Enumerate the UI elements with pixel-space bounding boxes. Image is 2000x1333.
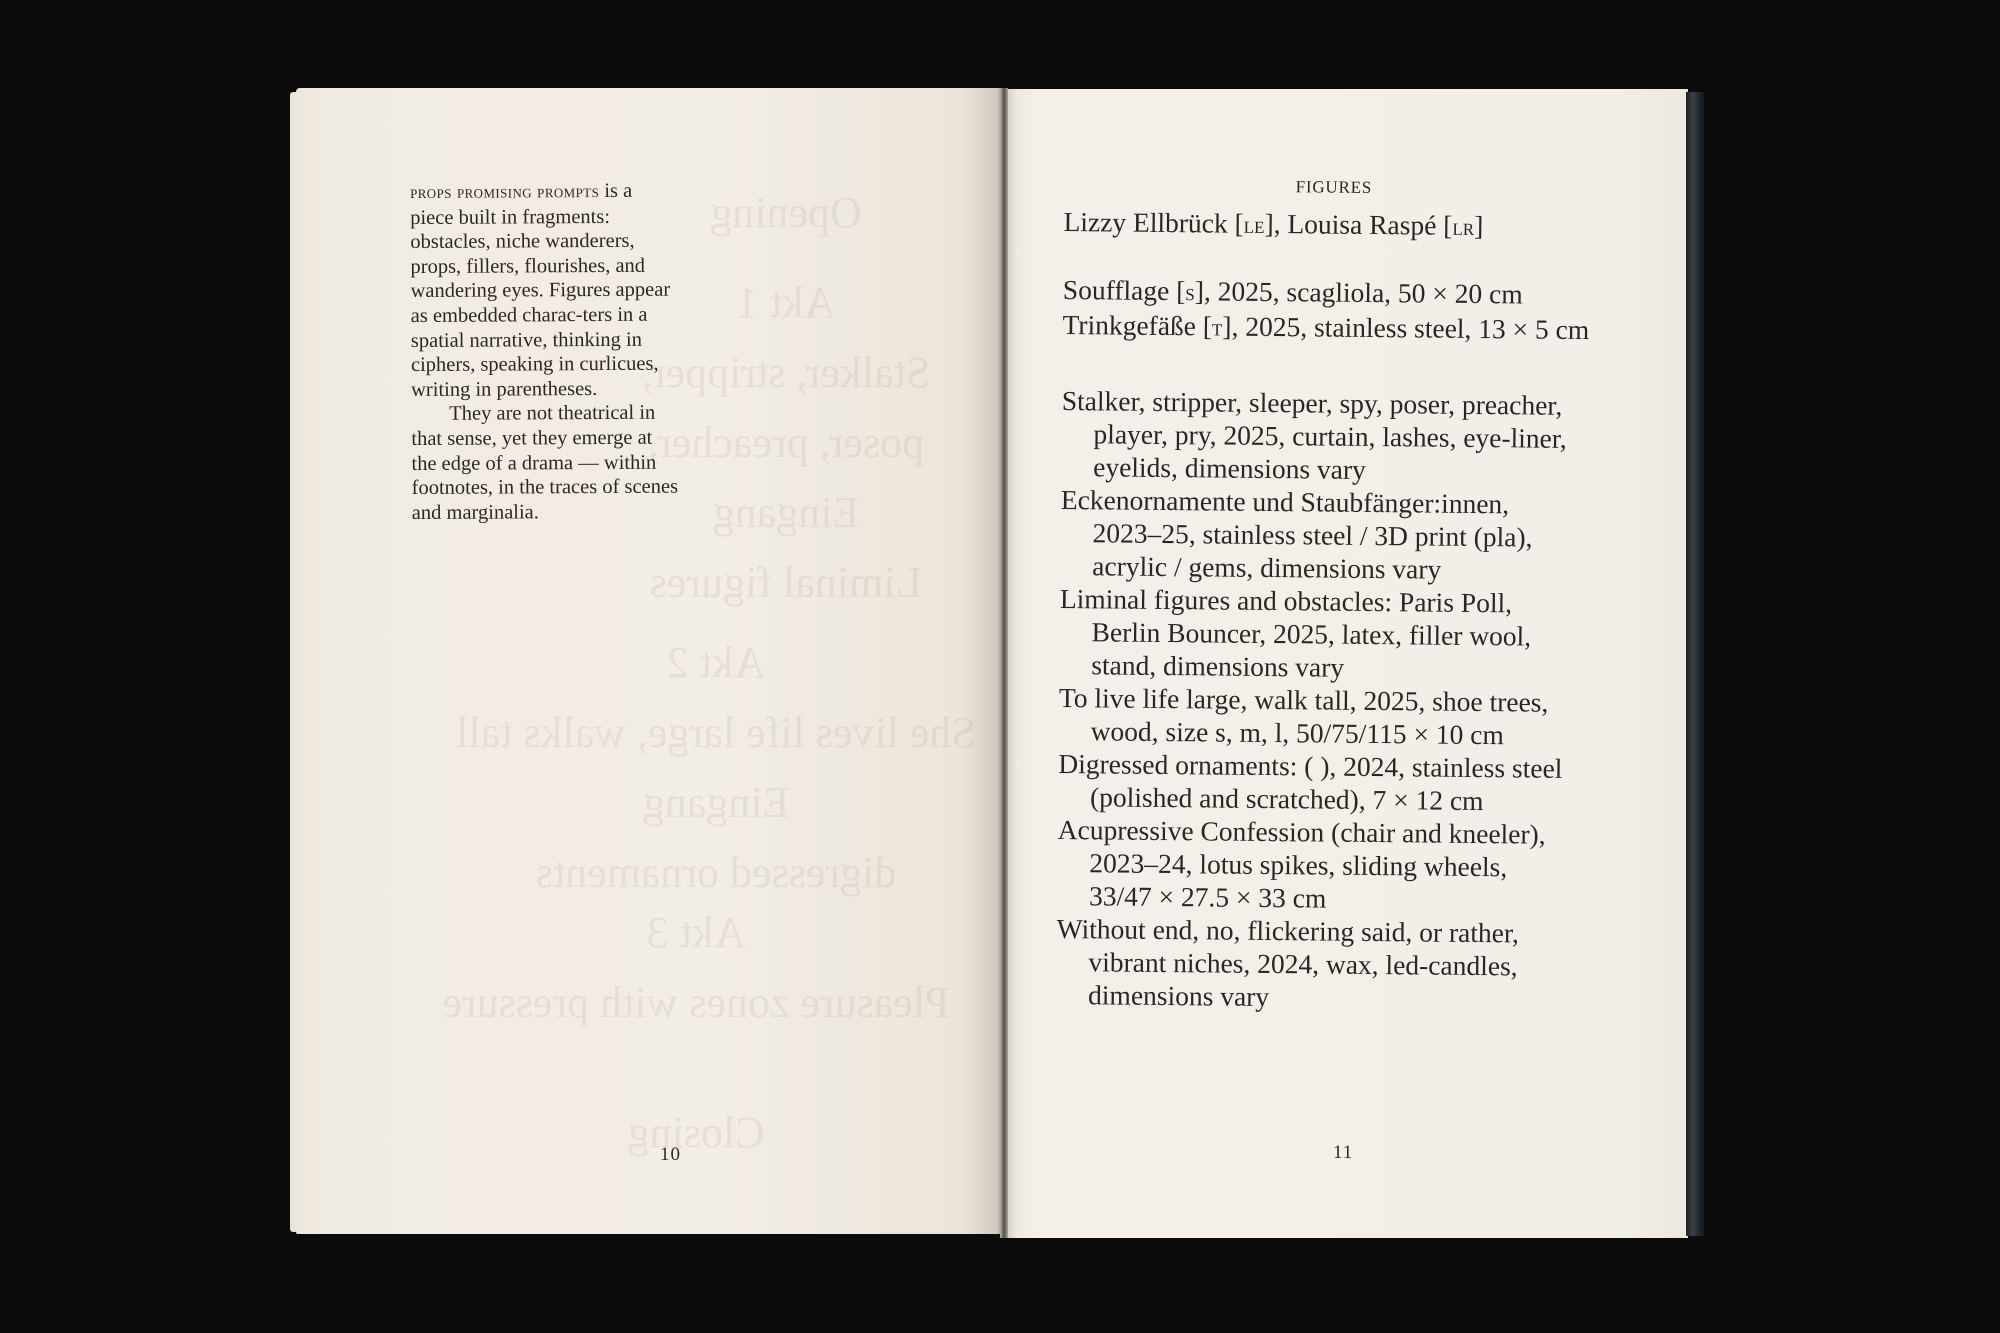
- works-list: Soufflage [s], 2025, scagliola, 50 × 20 …: [1062, 273, 1623, 348]
- section-heading: FIGURES: [1064, 175, 1604, 200]
- right-page: FIGURES Lizzy Ellbrück [le], Louisa Rasp…: [1005, 89, 1688, 1238]
- intro-paragraph-1-text: is a piece built in fragments: obstacles…: [410, 180, 670, 401]
- entry-line: 2023–24, lotus spikes, sliding wheels,: [1089, 846, 1617, 884]
- entry-line: (polished and scratched), 7 × 12 cm: [1090, 780, 1618, 818]
- work-details: , 2025, stainless steel, 13 × 5 cm: [1231, 311, 1589, 345]
- figure-entry: Eckenornamente und Staubfänger:innen, 20…: [1060, 483, 1621, 587]
- entry-line: player, pry, 2025, curtain, lashes, eye-…: [1093, 417, 1621, 455]
- intro-paragraph-2: They are not theatrical in that sense, y…: [411, 401, 682, 525]
- work-details: , 2025, scagliola, 50 × 20 cm: [1204, 275, 1523, 309]
- open-book-spread: Opening Akt 1 Stalker, stripper, poser, …: [0, 0, 2000, 1333]
- ghost-line: Liminal figures: [596, 548, 976, 618]
- entry-line: wood, size s, m, l, 50/75/115 × 10 cm: [1091, 714, 1619, 752]
- entry-line: eyelids, dimensions vary: [1093, 450, 1621, 488]
- entry-line: Liminal figures and obstacles: Paris Pol…: [1092, 582, 1620, 620]
- figure-entry: Without end, no, flickering said, or rat…: [1056, 912, 1617, 1016]
- gutter: [1000, 88, 1008, 1238]
- entry-line: Eckenornamente und Staubfänger:innen,: [1093, 483, 1621, 521]
- figures-content: FIGURES Lizzy Ellbrück [le], Louisa Rasp…: [1056, 175, 1624, 1016]
- figure-entry: Liminal figures and obstacles: Paris Pol…: [1059, 582, 1620, 686]
- artist-abbr: le: [1244, 212, 1265, 239]
- artist-credits: Lizzy Ellbrück [le], Louisa Raspé [lr]: [1063, 205, 1623, 245]
- work-entry: Soufflage [s], 2025, scagliola, 50 × 20 …: [1063, 273, 1623, 313]
- figure-entry: Digressed ornaments: ( ), 2024, stainles…: [1058, 747, 1619, 818]
- ghost-line: Eingang: [416, 768, 1004, 838]
- ghost-line: Pleasure zones with pressure: [376, 968, 1004, 1038]
- right-page-stack-edge: [1686, 92, 1704, 1236]
- entry-line: 2023–25, stainless steel / 3D print (pla…: [1092, 516, 1620, 554]
- entry-line: To live life large, walk tall, 2025, sho…: [1091, 681, 1619, 719]
- work-title: Soufflage: [1063, 274, 1170, 306]
- entry-line: dimensions vary: [1088, 978, 1616, 1016]
- ghost-line: Akt 3: [376, 898, 1004, 968]
- show-through-text: Akt 2 She lives life large, walks tall E…: [416, 628, 1004, 908]
- ghost-line: Closing: [376, 1098, 1004, 1168]
- show-through-text: Akt 3 Pleasure zones with pressure Closi…: [376, 898, 1004, 1168]
- intro-text: props promising prompts is a piece built…: [410, 179, 682, 526]
- entry-line: stand, dimensions vary: [1091, 648, 1619, 686]
- work-title: Trinkgefäße: [1062, 309, 1196, 341]
- artist-abbr: lr: [1452, 214, 1474, 241]
- entry-line: Stalker, stripper, sleeper, spy, poser, …: [1094, 384, 1622, 422]
- entry-line: Acupressive Confession (chair and kneele…: [1090, 813, 1618, 851]
- artist-name: Lizzy Ellbrück: [1063, 206, 1227, 239]
- ghost-line: She lives life large, walks tall: [416, 698, 1004, 768]
- figure-entry: Acupressive Confession (chair and kneele…: [1057, 813, 1618, 917]
- entry-line: vibrant niches, 2024, wax, led-candles,: [1088, 945, 1616, 983]
- figure-entry: To live life large, walk tall, 2025, sho…: [1059, 681, 1620, 752]
- work-abbr: t: [1212, 314, 1223, 341]
- intro-paragraph-1: props promising prompts is a piece built…: [410, 179, 681, 403]
- entry-line: Berlin Bouncer, 2025, latex, filler wool…: [1091, 615, 1619, 653]
- entry-line: acrylic / gems, dimensions vary: [1092, 549, 1620, 587]
- work-entry: Trinkgefäße [t], 2025, stainless steel, …: [1062, 308, 1622, 348]
- page-number-right: 11: [1333, 1142, 1353, 1164]
- ghost-line: Opening: [636, 178, 936, 248]
- show-through-text: Opening: [636, 178, 936, 248]
- page-number-left: 10: [660, 1144, 681, 1166]
- figure-entry: Stalker, stripper, sleeper, spy, poser, …: [1061, 384, 1622, 488]
- entry-line: Digressed ornaments: ( ), 2024, stainles…: [1090, 747, 1618, 785]
- entry-line: 33/47 × 27.5 × 33 cm: [1089, 879, 1617, 917]
- artist-name: Louisa Raspé: [1287, 208, 1436, 240]
- work-abbr: s: [1185, 279, 1195, 306]
- figures-list: Stalker, stripper, sleeper, spy, poser, …: [1056, 384, 1622, 1016]
- ghost-line: Akt 2: [416, 628, 1004, 698]
- entry-line: Without end, no, flickering said, or rat…: [1089, 912, 1617, 950]
- left-page: Opening Akt 1 Stalker, stripper, poser, …: [296, 88, 1004, 1234]
- work-title-small-caps: props promising prompts: [410, 181, 599, 203]
